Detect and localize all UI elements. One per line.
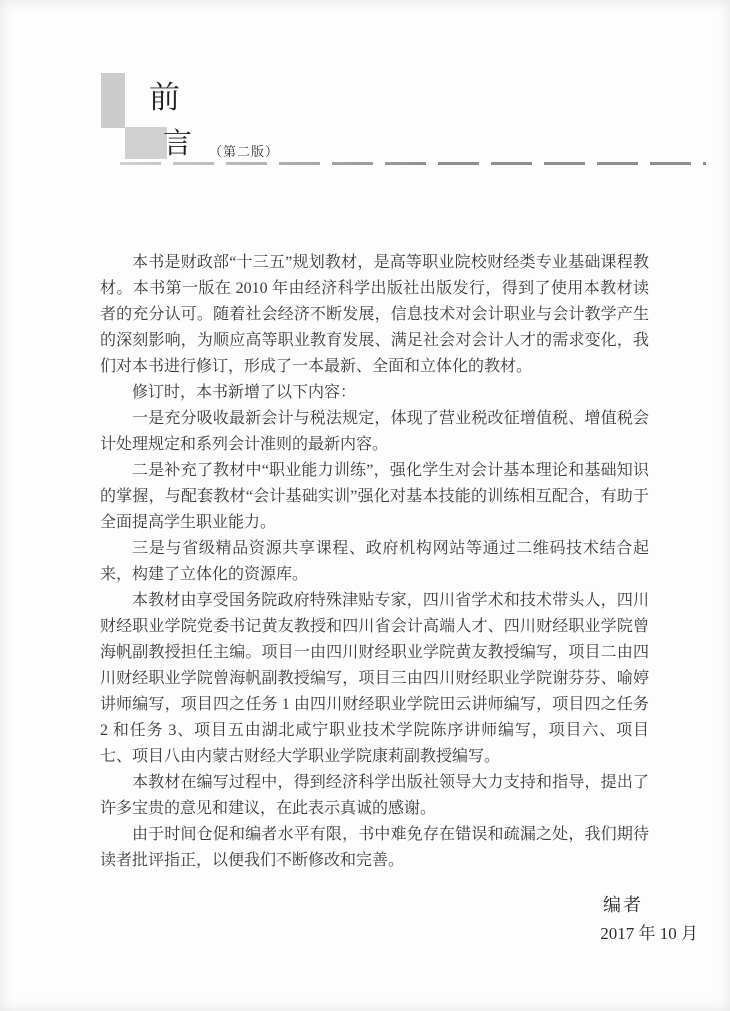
- preface-paragraph-2: 修订时，本书新增了以下内容：: [100, 380, 649, 406]
- page-title-char-2: 言: [163, 130, 192, 159]
- preface-paragraph-6: 本教材由享受国务院政府特殊津贴专家，四川省学术和技术带头人，四川财经职业学院党委…: [100, 588, 649, 770]
- signature: 编者: [603, 891, 643, 917]
- preface-body: 本书是财政部“十三五”规划教材，是高等职业院校财经类专业基础课程教材。本书第一版…: [100, 250, 649, 874]
- dashed-divider-fade: [120, 160, 706, 167]
- preface-page: 前 言 （第二版） 本书是财政部“十三五”规划教材，是高等职业院校财经类专业基础…: [0, 0, 730, 1011]
- page-title-char-1: 前: [149, 82, 180, 113]
- preface-paragraph-5: 三是与省级精品资源共享课程、政府机构网站等通过二维码技术结合起来，构建了立体化的…: [100, 536, 649, 588]
- decor-square-tall: [101, 73, 125, 128]
- preface-paragraph-8: 由于时间仓促和编者水平有限，书中难免存在错误和疏漏之处，我们期待读者批评指正，以…: [100, 822, 649, 874]
- signature-date: 2017 年 10 月: [600, 919, 698, 944]
- preface-paragraph-3: 一是充分吸收最新会计与税法规定，体现了营业税改征增值税、增值税会计处理规定和系列…: [100, 406, 649, 458]
- edition-note: （第二版）: [209, 141, 279, 160]
- preface-paragraph-7: 本教材在编写过程中，得到经济科学出版社领导大力支持和指导，提出了许多宝贵的意见和…: [100, 770, 649, 822]
- decor-square-small: [125, 127, 167, 159]
- preface-paragraph-4: 二是补充了教材中“职业能力训练”，强化学生对会计基本理论和基础知识的掌握，与配套…: [100, 458, 649, 536]
- preface-paragraph-1: 本书是财政部“十三五”规划教材，是高等职业院校财经类专业基础课程教材。本书第一版…: [100, 250, 649, 380]
